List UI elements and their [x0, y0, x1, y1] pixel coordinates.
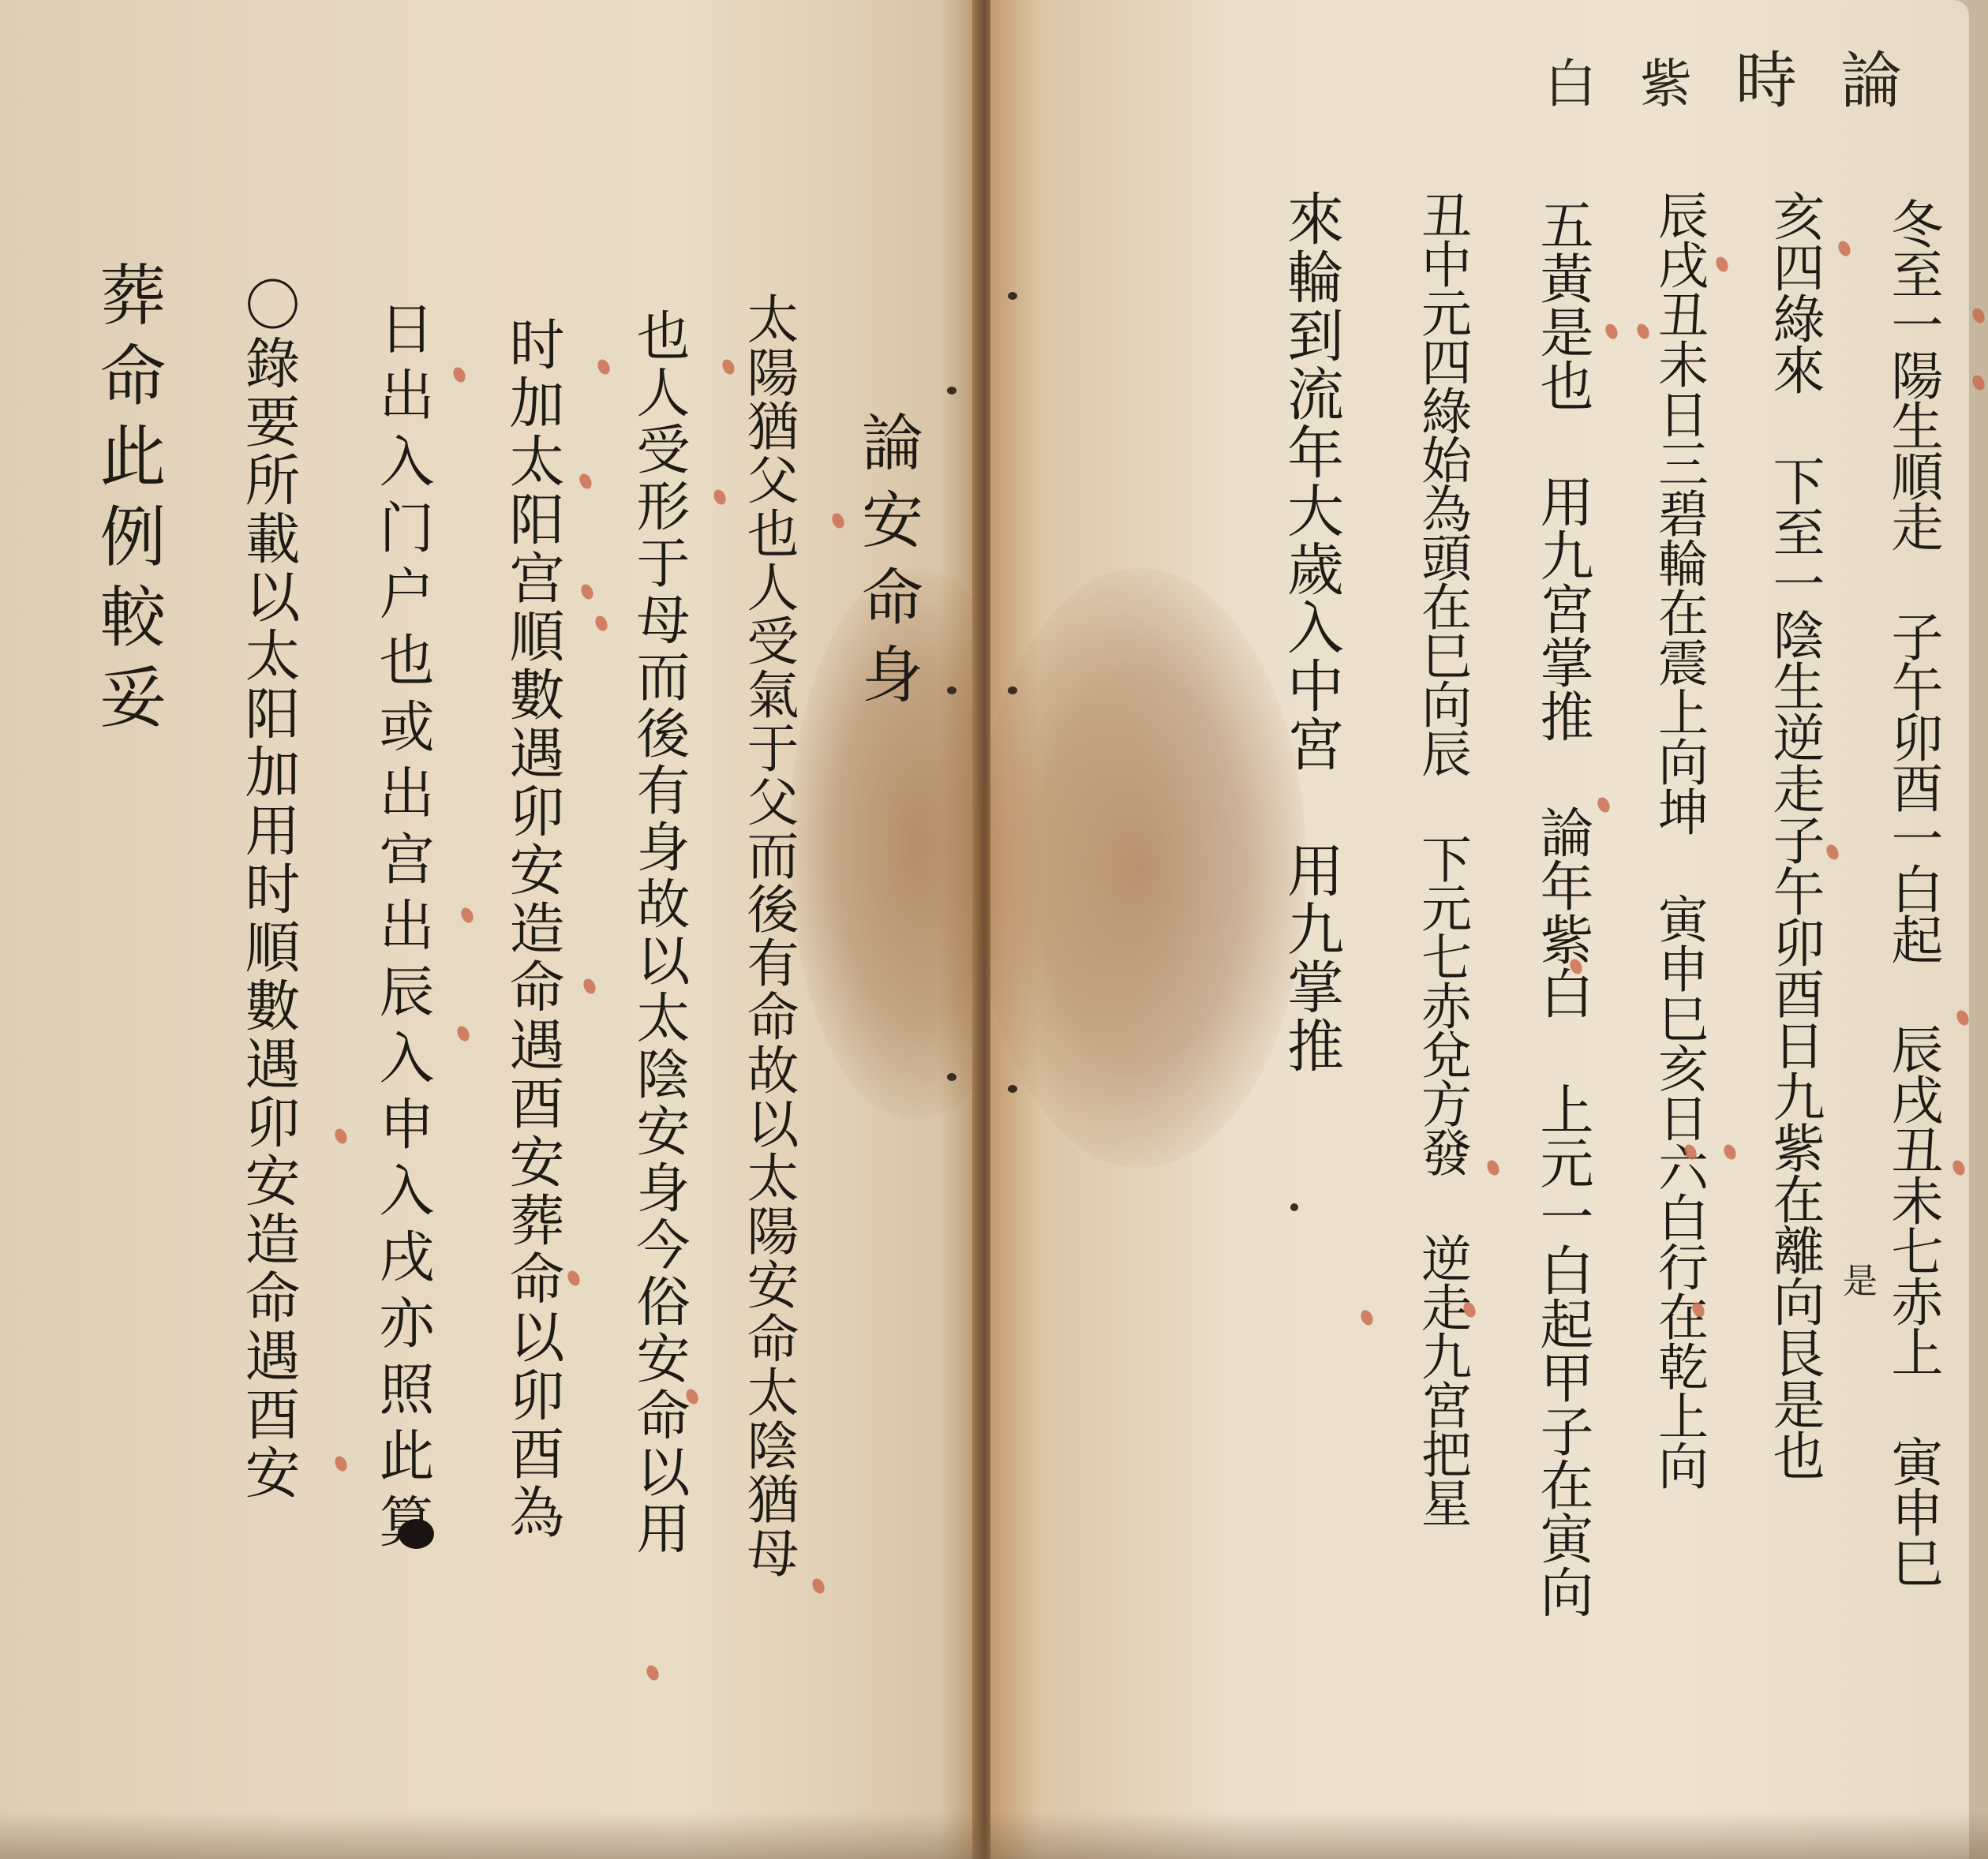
left-column-5: 〇錄要所載以太阳加用时順數遇卯安造命遇酉安 — [241, 276, 296, 1502]
red-punctuation-mark — [720, 357, 736, 376]
binding-hole — [1008, 686, 1017, 694]
red-punctuation-mark — [578, 582, 595, 601]
left-page: 論安命身 太陽猶父也人受氣于父而後有命故以太陽安命太陰猶母 也人受形于母而後有身… — [0, 0, 979, 1859]
left-column-2: 也人受形于母而後有身故以太陰安身今俗安命以用 — [631, 308, 685, 1558]
chapter-heading: 論時紫白 — [1544, 32, 1945, 120]
red-punctuation-mark — [1484, 1158, 1501, 1177]
ink-blot — [399, 1519, 434, 1549]
section-title: 論安命身 — [856, 410, 918, 720]
red-punctuation-mark — [577, 472, 593, 491]
heading-char: 論 — [1840, 32, 1945, 120]
red-punctuation-mark — [1970, 373, 1986, 392]
red-punctuation-mark — [451, 365, 467, 384]
right-column-2: 亥四綠來 下至一陰生逆走子午卯酉日九紫在離向艮是也 — [1768, 189, 1820, 1480]
red-punctuation-mark — [1970, 306, 1986, 325]
red-punctuation-mark — [593, 614, 609, 633]
heading-char: 白 — [1544, 42, 1640, 117]
right-page: 論時紫白 冬至一陽生順走 子午卯酉一白起 辰戌丑未七赤上 寅申巳 亥四綠來 下至… — [990, 0, 1969, 1859]
binding-hole — [947, 387, 957, 395]
red-punctuation-mark — [565, 1269, 582, 1288]
binding-hole — [947, 686, 957, 694]
right-column-5: 丑中元四綠始為頭在巳向辰 下元七赤兌方發 逆走九宮把星 — [1417, 189, 1467, 1526]
red-punctuation-mark — [810, 1577, 826, 1595]
red-punctuation-mark — [829, 511, 846, 530]
red-punctuation-mark — [1954, 1008, 1971, 1027]
right-column-1: 冬至一陽生順走 子午卯酉一白起 辰戌丑未七赤上 寅申巳 — [1886, 197, 1938, 1587]
red-punctuation-mark — [1595, 795, 1612, 814]
left-column-4: 日出入门户也或出宫出辰入申入戌亦照此算 — [375, 300, 430, 1559]
left-column-6: 葬命此例較妥 — [95, 260, 161, 743]
binding-hole — [1008, 292, 1017, 300]
red-punctuation-mark — [1713, 255, 1730, 274]
red-punctuation-mark — [1603, 322, 1619, 341]
open-book: 論安命身 太陽猶父也人受氣于父而後有命故以太陽安命太陰猶母 也人受形于母而後有身… — [0, 0, 1988, 1859]
red-punctuation-mark — [644, 1663, 661, 1682]
red-punctuation-mark — [581, 977, 597, 996]
red-punctuation-mark — [332, 1127, 349, 1146]
right-column-4: 五黃是也 用九宮掌推 論年紫白 上元一白起甲子在寅向 — [1535, 197, 1589, 1618]
left-column-1: 太陽猶父也人受氣于父而後有命故以太陽安命太陰猶母 — [742, 292, 794, 1580]
red-punctuation-mark — [1824, 843, 1840, 862]
red-punctuation-mark — [711, 488, 728, 507]
water-stain — [975, 568, 1306, 1168]
red-punctuation-mark — [1950, 1158, 1967, 1177]
red-punctuation-mark — [332, 1454, 349, 1473]
page-bottom-edge — [0, 1812, 1988, 1859]
interlinear-note: 是 — [1831, 1262, 1881, 1297]
red-punctuation-mark — [1836, 239, 1852, 258]
ink-dot — [1290, 1203, 1298, 1211]
heading-char: 時 — [1735, 32, 1840, 120]
right-column-6: 來輪到流年大歲入中宮 用九掌推 — [1282, 189, 1339, 1075]
left-column-3: 时加太阳宫順數遇卯安造命遇酉安葬命以卯酉為 — [505, 316, 560, 1542]
binding-hole — [1008, 1085, 1017, 1093]
red-punctuation-mark — [595, 357, 612, 376]
right-column-3: 辰戌丑未日三碧輪在震上向坤 寅申巳亥日六白行在乾上向 — [1653, 189, 1704, 1490]
red-punctuation-mark — [1721, 1143, 1738, 1161]
red-punctuation-mark — [459, 906, 475, 925]
red-punctuation-mark — [455, 1024, 471, 1043]
binding-hole — [947, 1073, 957, 1081]
heading-char: 紫 — [1640, 42, 1735, 117]
red-punctuation-mark — [1358, 1308, 1375, 1327]
